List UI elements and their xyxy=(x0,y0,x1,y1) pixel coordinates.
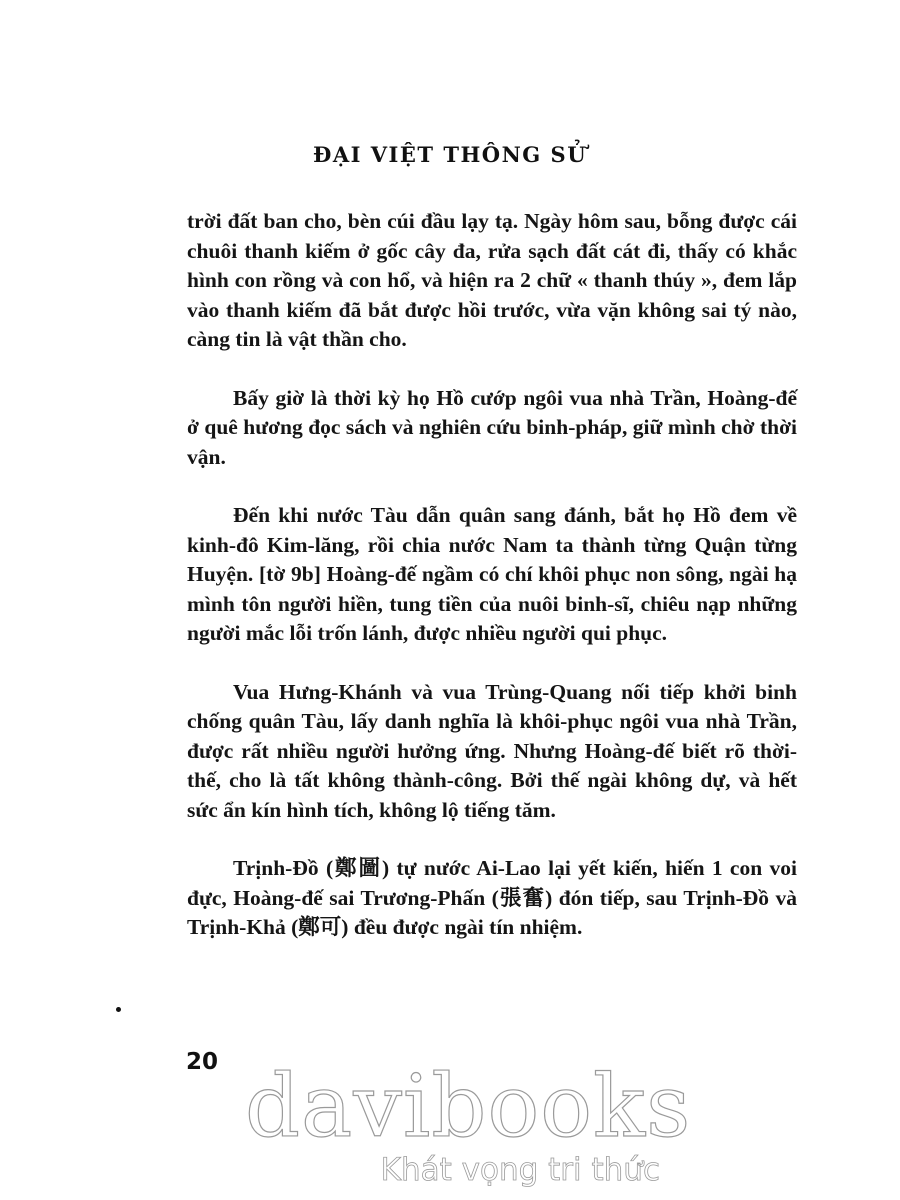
running-head-title: ĐẠI VIỆT THÔNG SỬ xyxy=(0,142,900,167)
scan-speck xyxy=(116,1007,121,1012)
watermark-tagline: Khát vọng tri thức xyxy=(360,1152,660,1188)
watermark-brand: davibooks xyxy=(245,1062,665,1152)
book-page: ĐẠI VIỆT THÔNG SỬ trời đất ban cho, bèn … xyxy=(0,0,900,1200)
page-number: 20 xyxy=(186,1049,218,1075)
paragraph-2: Bấy giờ là thời kỳ họ Hồ cướp ngôi vua n… xyxy=(187,384,797,473)
paragraph-4: Vua Hưng-Khánh và vua Trùng-Quang nối ti… xyxy=(187,678,797,826)
paragraph-5: Trịnh-Đồ (鄭圖) tự nước Ai-Lao lại yết kiế… xyxy=(187,854,797,943)
paragraph-1: trời đất ban cho, bèn cúi đầu lạy tạ. Ng… xyxy=(187,207,797,355)
paragraph-3: Đến khi nước Tàu dẫn quân sang đánh, bắt… xyxy=(187,501,797,649)
body-text: trời đất ban cho, bèn cúi đầu lạy tạ. Ng… xyxy=(187,207,797,943)
